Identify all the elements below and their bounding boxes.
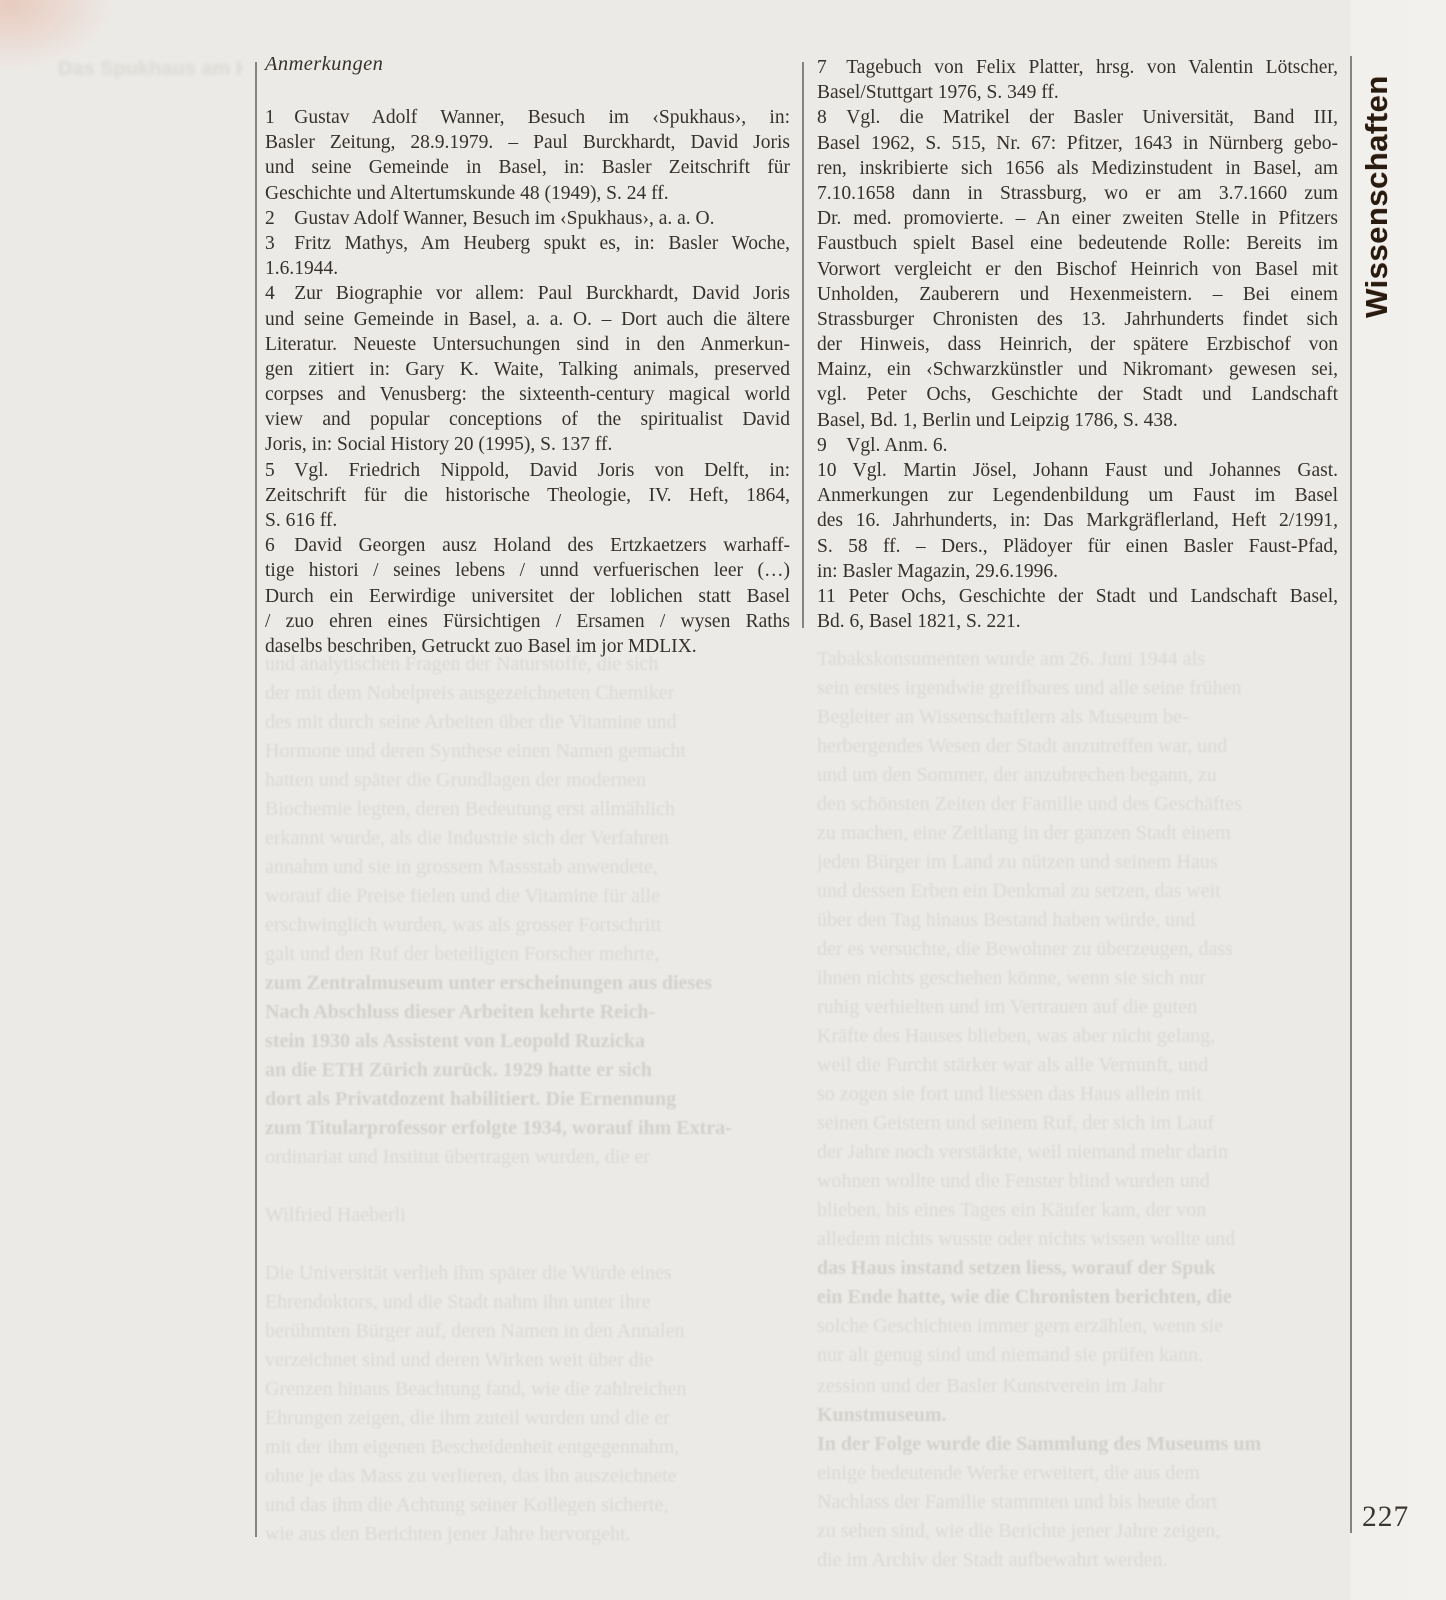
bleedthrough-line: so zogen sie fort und liessen das Haus a… bbox=[817, 1080, 1338, 1109]
footnote-line: und seine Gemeinde in Basel, a. a. O. – … bbox=[265, 307, 790, 332]
footnote-line: 5 Vgl. Friedrich Nippold, David Joris vo… bbox=[265, 458, 790, 483]
footnote-line: Unholden, Zauberern und Hexenmeistern. –… bbox=[817, 282, 1338, 307]
bleedthrough-line: zum Titularprofessor erfolgte 1934, wora… bbox=[265, 1114, 790, 1143]
bleedthrough-line: einige bedeutende Werke erweitert, die a… bbox=[817, 1459, 1338, 1488]
footnote: 3 Fritz Mathys, Am Heuberg spukt es, in:… bbox=[265, 231, 790, 281]
bleedthrough-right-block-c: In der Folge wurde die Sammlung des Muse… bbox=[817, 1430, 1338, 1575]
footnote-line: in: Basler Magazin, 29.6.1996. bbox=[817, 559, 1338, 584]
bleedthrough-line: verzeichnet sind und deren Wirken weit ü… bbox=[265, 1346, 790, 1375]
footnote-line: 6 David Georgen ausz Holand des Ertzkaet… bbox=[265, 533, 790, 558]
bleedthrough-line: mit der ihm eigenen Bescheidenheit entge… bbox=[265, 1433, 790, 1462]
footnote-line: Anmerkungen zur Legendenbildung um Faust… bbox=[817, 483, 1338, 508]
scanned-page: Das Spukhaus am Heuberg Anmerkungen 1 Gu… bbox=[0, 0, 1446, 1600]
footnote-line: 7.10.1658 dann in Strassburg, wo er am 3… bbox=[817, 181, 1338, 206]
footnote: 4 Zur Biographie vor allem: Paul Burckha… bbox=[265, 281, 790, 457]
bleedthrough-line: blieben, bis eines Tages ein Käufer kam,… bbox=[817, 1196, 1338, 1225]
bleedthrough-line: In der Folge wurde die Sammlung des Muse… bbox=[817, 1430, 1338, 1459]
footnotes-column-left: 1 Gustav Adolf Wanner, Besuch im ‹Spukha… bbox=[265, 105, 790, 659]
bleedthrough-line: die im Archiv der Stadt aufbewahrt werde… bbox=[817, 1546, 1338, 1575]
bleedthrough-left-block: und analytischen Fragen der Naturstoffe,… bbox=[265, 650, 790, 1549]
bleedthrough-line: an die ETH Zürich zurück. 1929 hatte er … bbox=[265, 1056, 790, 1085]
section-heading: Anmerkungen bbox=[265, 52, 790, 77]
bleedthrough-line: zu machen, eine Zeitlang in der ganzen S… bbox=[817, 819, 1338, 848]
bleedthrough-line: ordinariat und Institut übertragen wurde… bbox=[265, 1143, 790, 1172]
footnote-line: 9 Vgl. Anm. 6. bbox=[817, 433, 1338, 458]
footnote-line: Vorwort vergleicht er den Bischof Heinri… bbox=[817, 257, 1338, 282]
bleedthrough-line: des mit durch seine Arbeiten über die Vi… bbox=[265, 708, 790, 737]
footnotes-column-right: 7 Tagebuch von Felix Platter, hrsg. von … bbox=[817, 55, 1338, 634]
footnote-line: 1.6.1944. bbox=[265, 256, 790, 281]
footnote-line: Faustbuch spielt Basel eine bedeutende R… bbox=[817, 231, 1338, 256]
footnote-line: vgl. Peter Ochs, Geschichte der Stadt un… bbox=[817, 382, 1338, 407]
footnote-line: Joris, in: Social History 20 (1995), S. … bbox=[265, 432, 790, 457]
footnote-line: S. 58 ff. – Ders., Plädoyer für einen Ba… bbox=[817, 534, 1338, 559]
footnote: 8 Vgl. die Matrikel der Basler Universit… bbox=[817, 105, 1338, 432]
footnote-line: view and popular conceptions of the spir… bbox=[265, 407, 790, 432]
footnote: 10 Vgl. Martin Jösel, Johann Faust und J… bbox=[817, 458, 1338, 584]
bleedthrough-line bbox=[265, 1230, 790, 1259]
bleedthrough-line: weil die Furcht stärker war als alle Ver… bbox=[817, 1051, 1338, 1080]
bleedthrough-line: hatten und später die Grundlagen der mod… bbox=[265, 766, 790, 795]
bleedthrough-line: jeden Bürger im Land zu nützen und seine… bbox=[817, 848, 1338, 877]
bleedthrough-line: Die Universität verlieh ihm später die W… bbox=[265, 1259, 790, 1288]
footnote-line: 4 Zur Biographie vor allem: Paul Burckha… bbox=[265, 281, 790, 306]
footnote-line: Bd. 6, Basel 1821, S. 221. bbox=[817, 609, 1338, 634]
bleedthrough-line: sein erstes irgendwie greifbares und all… bbox=[817, 674, 1338, 703]
bleedthrough-line: erschwinglich wurden, was als grosser Fo… bbox=[265, 911, 790, 940]
margin-tab-label: Wissenschaften bbox=[1359, 75, 1394, 318]
bleedthrough-line: Tabakskonsumenten wurde am 26. Juni 1944… bbox=[817, 645, 1338, 674]
footnote-line: 11 Peter Ochs, Geschichte der Stadt und … bbox=[817, 584, 1338, 609]
footnote-line: Zeitschrift für die historische Theologi… bbox=[265, 483, 790, 508]
footnote-line: Basler Zeitung, 28.9.1979. – Paul Burckh… bbox=[265, 130, 790, 155]
footnote-line: Basel, Bd. 1, Berlin und Leipzig 1786, S… bbox=[817, 408, 1338, 433]
footnote-line: tige histori / seines lebens / unnd verf… bbox=[265, 558, 790, 583]
bleedthrough-line: stein 1930 als Assistent von Leopold Ruz… bbox=[265, 1027, 790, 1056]
bleedthrough-line: Kunstmuseum. bbox=[817, 1401, 1338, 1430]
bleedthrough-line: alledem nichts wusste oder nichts wissen… bbox=[817, 1225, 1338, 1254]
bleedthrough-line: ohne je das Mass zu verlieren, das ihn a… bbox=[265, 1462, 790, 1491]
margin-tab-wissenschaften: Wissenschaften bbox=[1356, 52, 1398, 318]
bleedthrough-line: der mit dem Nobelpreis ausgezeichneten C… bbox=[265, 679, 790, 708]
bleedthrough-line: der es versuchte, die Bewohner zu überze… bbox=[817, 935, 1338, 964]
footnote: 2 Gustav Adolf Wanner, Besuch im ‹Spukha… bbox=[265, 206, 790, 231]
bleedthrough-right-block-a: Tabakskonsumenten wurde am 26. Juni 1944… bbox=[817, 645, 1338, 1370]
footnote-line: 7 Tagebuch von Felix Platter, hrsg. von … bbox=[817, 55, 1338, 80]
footnote: 6 David Georgen ausz Holand des Ertzkaet… bbox=[265, 533, 790, 659]
bleedthrough-line: und das ihm die Achtung seiner Kollegen … bbox=[265, 1491, 790, 1520]
bleedthrough-line: worauf die Preise fielen und die Vitamin… bbox=[265, 882, 790, 911]
footnote-line: Dr. med. promovierte. – An einer zweiten… bbox=[817, 206, 1338, 231]
bleedthrough-line: nur alt genug sind und niemand sie prüfe… bbox=[817, 1341, 1338, 1370]
bleedthrough-line: dort als Privatdozent habilitiert. Die E… bbox=[265, 1085, 790, 1114]
bleedthrough-line: galt und den Ruf der beteiligten Forsche… bbox=[265, 940, 790, 969]
footnote-line: gen zitiert in: Gary K. Waite, Talking a… bbox=[265, 357, 790, 382]
footnote-line: Mainz, ein ‹Schwarzkünstler und Nikroman… bbox=[817, 357, 1338, 382]
footnote-line: Basel/Stuttgart 1976, S. 349 ff. bbox=[817, 80, 1338, 105]
footnote-line: Geschichte und Altertumskunde 48 (1949),… bbox=[265, 181, 790, 206]
bleedthrough-line: zu sehen sind, wie die Berichte jener Ja… bbox=[817, 1517, 1338, 1546]
bleedthrough-title: Das Spukhaus am Heuberg bbox=[58, 58, 243, 88]
page-number: 227 bbox=[1362, 1500, 1442, 1534]
footnote-line: 10 Vgl. Martin Jösel, Johann Faust und J… bbox=[817, 458, 1338, 483]
bleedthrough-line: herbergendes Wesen der Stadt anzutreffen… bbox=[817, 732, 1338, 761]
footnote-line: ren, inskribierte sich 1656 als Medizins… bbox=[817, 156, 1338, 181]
bleedthrough-line: ruhig verhielten und im Vertrauen auf di… bbox=[817, 993, 1338, 1022]
bleedthrough-line bbox=[265, 1172, 790, 1201]
bleedthrough-line: Nachlass der Familie stammten und bis he… bbox=[817, 1488, 1338, 1517]
bleedthrough-line: Begleiter an Wissenschaftlern als Museum… bbox=[817, 703, 1338, 732]
footnote-line: und seine Gemeinde in Basel, in: Basler … bbox=[265, 155, 790, 180]
footnote-line: des 16. Jahrhunderts, in: Das Markgräfle… bbox=[817, 508, 1338, 533]
bleedthrough-line: zession und der Basler Kunstverein im Ja… bbox=[817, 1372, 1338, 1401]
bleedthrough-line: zum Zentralmuseum unter erscheinungen au… bbox=[265, 969, 790, 998]
footnote-line: 2 Gustav Adolf Wanner, Besuch im ‹Spukha… bbox=[265, 206, 790, 231]
footnote-line: S. 616 ff. bbox=[265, 508, 790, 533]
footnote-line: Durch ein Eerwirdige universitet der lob… bbox=[265, 584, 790, 609]
bleedthrough-line: der Jahre noch verstärkte, weil niemand … bbox=[817, 1138, 1338, 1167]
bleedthrough-line: Ehrungen zeigen, die ihm zuteil wurden u… bbox=[265, 1404, 790, 1433]
bleedthrough-line: ein Ende hatte, wie die Chronisten beric… bbox=[817, 1283, 1338, 1312]
footnote-line: Strassburger Chronisten des 13. Jahrhund… bbox=[817, 307, 1338, 332]
bleedthrough-line: über den Tag hinaus Bestand haben würde,… bbox=[817, 906, 1338, 935]
footnote-line: / zuo ehren eines Fürsichtigen / Ersamen… bbox=[265, 609, 790, 634]
bleedthrough-line: Hormone und deren Synthese einen Namen g… bbox=[265, 737, 790, 766]
column-divider-rule bbox=[802, 62, 804, 628]
bleedthrough-line: Wilfried Haeberli bbox=[265, 1201, 790, 1230]
bleedthrough-line: annahm und sie in grossem Massstab anwen… bbox=[265, 853, 790, 882]
bleedthrough-line: Kräfte des Hauses blieben, was aber nich… bbox=[817, 1022, 1338, 1051]
bleedthrough-line: das Haus instand setzen liess, worauf de… bbox=[817, 1254, 1338, 1283]
bleedthrough-line: wie aus den Berichten jener Jahre hervor… bbox=[265, 1520, 790, 1549]
column-rule-left bbox=[255, 62, 257, 1537]
bleedthrough-line: erkannt wurde, als die Industrie sich de… bbox=[265, 824, 790, 853]
bleedthrough-right-block-b: zession und der Basler Kunstverein im Ja… bbox=[817, 1372, 1338, 1430]
bleedthrough-line: solche Geschichten immer gern erzählen, … bbox=[817, 1312, 1338, 1341]
footnote-line: der Hinweis, dass Heinrich, der spätere … bbox=[817, 332, 1338, 357]
bleedthrough-line: den schönsten Zeiten der Familie und des… bbox=[817, 790, 1338, 819]
footnote-line: Literatur. Neueste Untersuchungen sind i… bbox=[265, 332, 790, 357]
margin-rule-right bbox=[1350, 56, 1352, 1533]
bleedthrough-line: berühmten Bürger auf, deren Namen in den… bbox=[265, 1317, 790, 1346]
footnote: 1 Gustav Adolf Wanner, Besuch im ‹Spukha… bbox=[265, 105, 790, 206]
bleedthrough-line: und um den Sommer, der anzubrechen began… bbox=[817, 761, 1338, 790]
footnote-line: corpses and Venusberg: the sixteenth-cen… bbox=[265, 382, 790, 407]
footnote-line: 8 Vgl. die Matrikel der Basler Universit… bbox=[817, 105, 1338, 130]
bleedthrough-line: Nach Abschluss dieser Arbeiten kehrte Re… bbox=[265, 998, 790, 1027]
footnote: 5 Vgl. Friedrich Nippold, David Joris vo… bbox=[265, 458, 790, 534]
footnote: 11 Peter Ochs, Geschichte der Stadt und … bbox=[817, 584, 1338, 634]
bleedthrough-line: seinen Geistern und seinem Ruf, der sich… bbox=[817, 1109, 1338, 1138]
footnote-line: 1 Gustav Adolf Wanner, Besuch im ‹Spukha… bbox=[265, 105, 790, 130]
bleedthrough-line: Grenzen hinaus Beachtung fand, wie die z… bbox=[265, 1375, 790, 1404]
footnote-line: Basel 1962, S. 515, Nr. 67: Pfitzer, 164… bbox=[817, 131, 1338, 156]
bleedthrough-line: wohnen wollte und die Fenster blind wurd… bbox=[817, 1167, 1338, 1196]
bleedthrough-line: Biochemie legten, deren Bedeutung erst a… bbox=[265, 795, 790, 824]
bleedthrough-line: Ehrendoktors, und die Stadt nahm ihn unt… bbox=[265, 1288, 790, 1317]
bleedthrough-line: und dessen Erben ein Denkmal zu setzen, … bbox=[817, 877, 1338, 906]
bleedthrough-line: ihnen nichts geschehen könne, wenn sie s… bbox=[817, 964, 1338, 993]
bleedthrough-line: und analytischen Fragen der Naturstoffe,… bbox=[265, 650, 790, 679]
footnote: 9 Vgl. Anm. 6. bbox=[817, 433, 1338, 458]
footnote-line: 3 Fritz Mathys, Am Heuberg spukt es, in:… bbox=[265, 231, 790, 256]
footnote: 7 Tagebuch von Felix Platter, hrsg. von … bbox=[817, 55, 1338, 105]
